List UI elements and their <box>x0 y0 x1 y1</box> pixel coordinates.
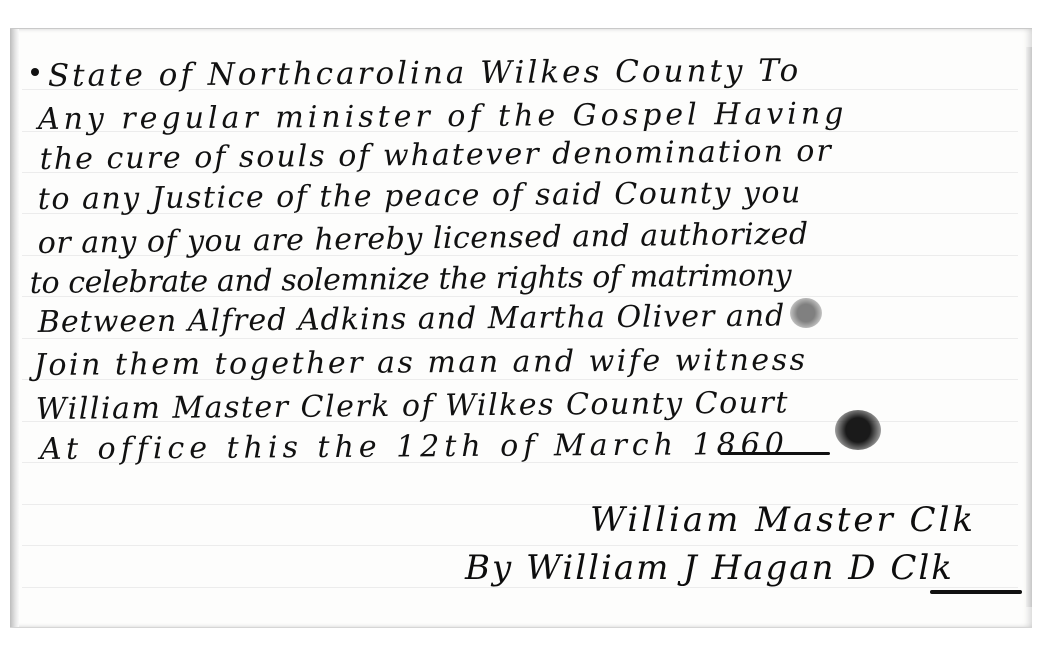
handwritten-line-10: At office this the 12th of March 1860 <box>40 427 789 467</box>
handwritten-line-7: Between Alfred Adkins and Martha Oliver … <box>38 298 786 340</box>
ink-dot <box>31 68 39 76</box>
handwritten-line-4: to any Justice of the peace of said Coun… <box>38 175 802 217</box>
ruled-line <box>22 545 1018 546</box>
handwritten-line-2: Any regular minister of the Gospel Havin… <box>38 96 848 137</box>
signature-flourish <box>930 590 1022 594</box>
date-flourish <box>720 452 830 455</box>
page-left-edge <box>10 29 19 627</box>
handwritten-line-1: State of Northcarolina Wilkes County To <box>48 53 802 94</box>
ink-blot <box>835 410 881 450</box>
signature-deputy-clerk: By William J Hagan D Clk <box>465 548 954 588</box>
page-right-edge <box>1026 47 1032 607</box>
handwritten-line-8: Join them together as man and wife witne… <box>34 343 808 383</box>
signature-clerk: William Master Clk <box>590 500 976 540</box>
ink-blot <box>790 298 822 328</box>
handwritten-line-9: William Master Clerk of Wilkes County Co… <box>36 385 789 427</box>
